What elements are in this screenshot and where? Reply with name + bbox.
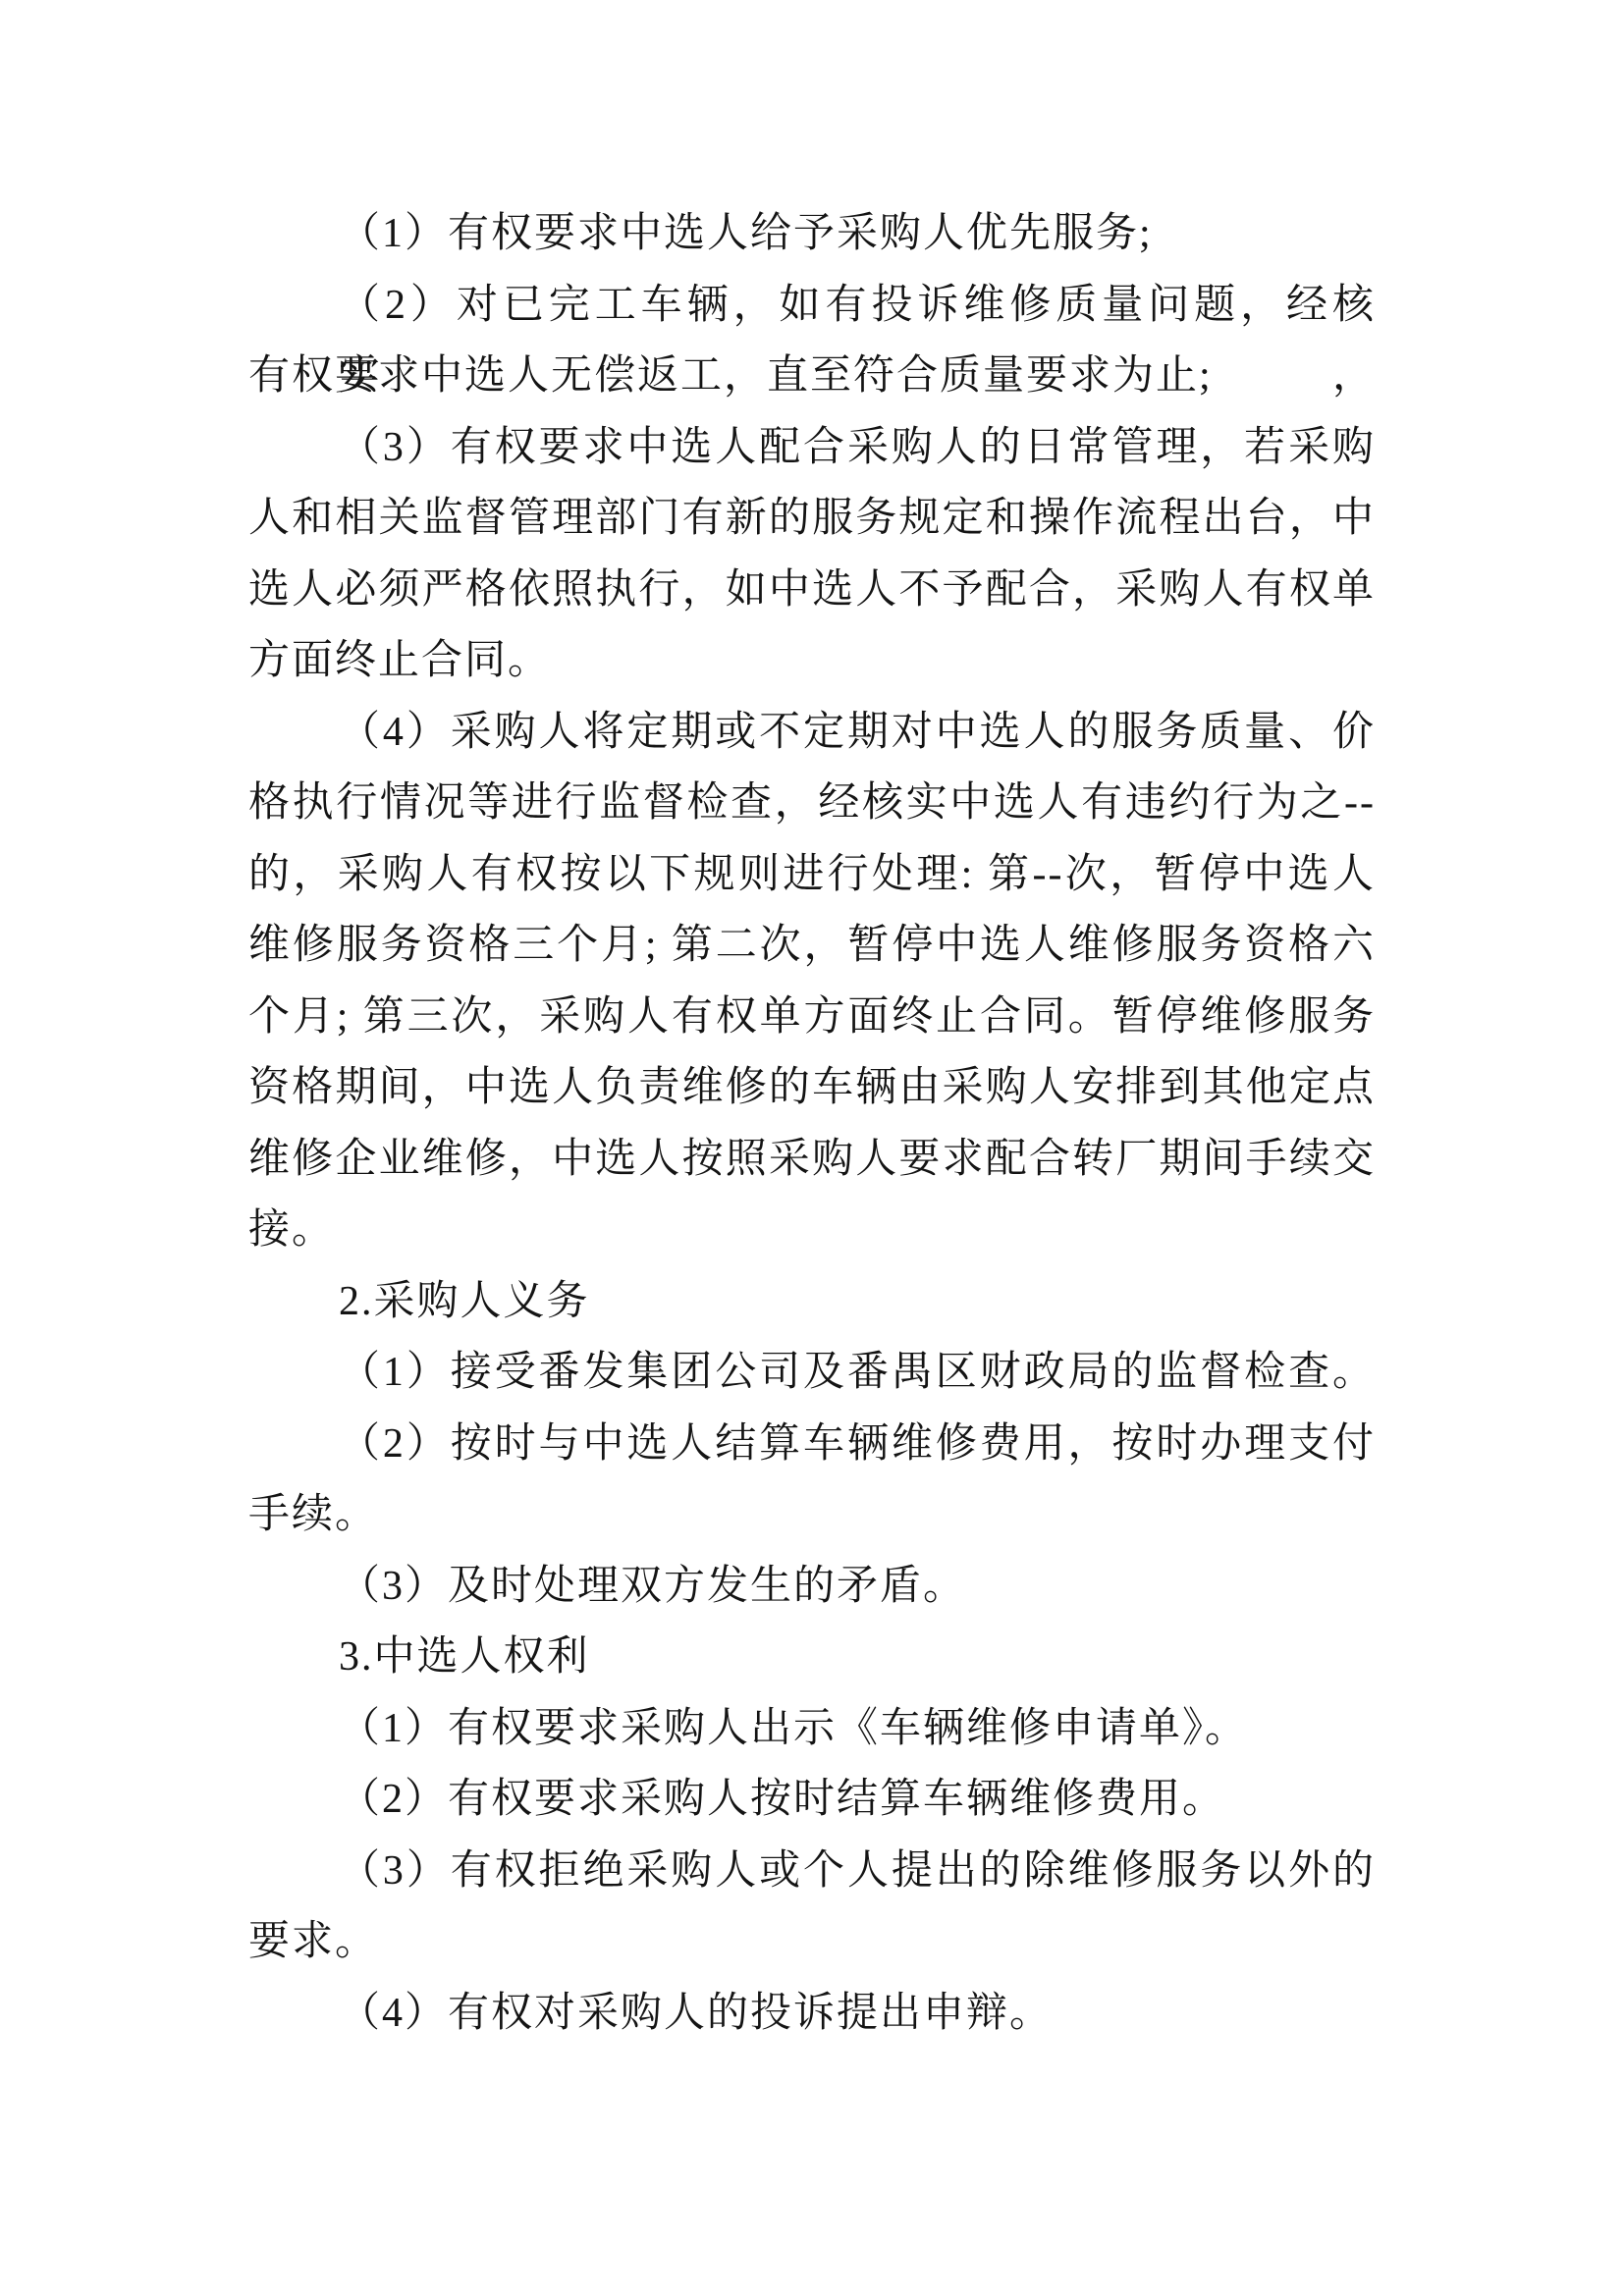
text-line: 手续。 — [248, 1479, 1376, 1551]
text-line: 3.中选人权利 — [248, 1622, 1376, 1693]
text-line: 资格期间，中选人负责维修的车辆由采购人安排到其他定点 — [248, 1052, 1376, 1124]
text-line: （3）有权拒绝采购人或个人提出的除维修服务以外的 — [248, 1836, 1376, 1907]
text-line: 2.采购人义务 — [248, 1266, 1376, 1338]
text-line: 的，采购人有权按以下规则进行处理: 第--次，暂停中选人 — [248, 839, 1376, 911]
text-line: 格执行情况等进行监督检查，经核实中选人有违约行为之-- — [248, 768, 1376, 839]
text-line: （2）按时与中选人结算车辆维修费用，按时办理支付 — [248, 1409, 1376, 1480]
text-line: 人和相关监督管理部门有新的服务规定和操作流程出台，中 — [248, 483, 1376, 555]
text-line: 方面终止合同。 — [248, 625, 1376, 697]
text-line: （4）有权对采购人的投诉提出申辩。 — [248, 1978, 1376, 2050]
text-line: （1）有权要求采购人出示《车辆维修申请单》。 — [248, 1693, 1376, 1765]
text-line: 维修企业维修，中选人按照采购人要求配合转厂期间手续交 — [248, 1124, 1376, 1196]
document-page: （1）有权要求中选人给予采购人优先服务;（2）对已完工车辆，如有投诉维修质量问题… — [0, 0, 1624, 2296]
text-line: 个月; 第三次，采购人有权单方面终止合同。暂停维修服务 — [248, 982, 1376, 1053]
document-text-block: （1）有权要求中选人给予采购人优先服务;（2）对已完工车辆，如有投诉维修质量问题… — [248, 198, 1376, 2049]
text-line: （4）采购人将定期或不定期对中选人的服务质量、价 — [248, 697, 1376, 769]
text-line: （2）对已完工车辆，如有投诉维修质量问题，经核实， — [248, 270, 1376, 342]
text-line: （2）有权要求采购人按时结算车辆维修费用。 — [248, 1764, 1376, 1836]
text-line: （3）有权要求中选人配合采购人的日常管理，若采购 — [248, 412, 1376, 484]
text-line: （1）接受番发集团公司及番禺区财政局的监督检查。 — [248, 1337, 1376, 1409]
text-line: 有权要求中选人无偿返工，直至符合质量要求为止; — [248, 341, 1376, 412]
text-line: 选人必须严格依照执行，如中选人不予配合，采购人有权单 — [248, 555, 1376, 626]
text-line: （1）有权要求中选人给予采购人优先服务; — [248, 198, 1376, 270]
text-line: （3）及时处理双方发生的矛盾。 — [248, 1551, 1376, 1623]
text-line: 维修服务资格三个月; 第二次，暂停中选人维修服务资格六 — [248, 910, 1376, 982]
text-line: 接。 — [248, 1195, 1376, 1266]
text-line: 要求。 — [248, 1906, 1376, 1978]
